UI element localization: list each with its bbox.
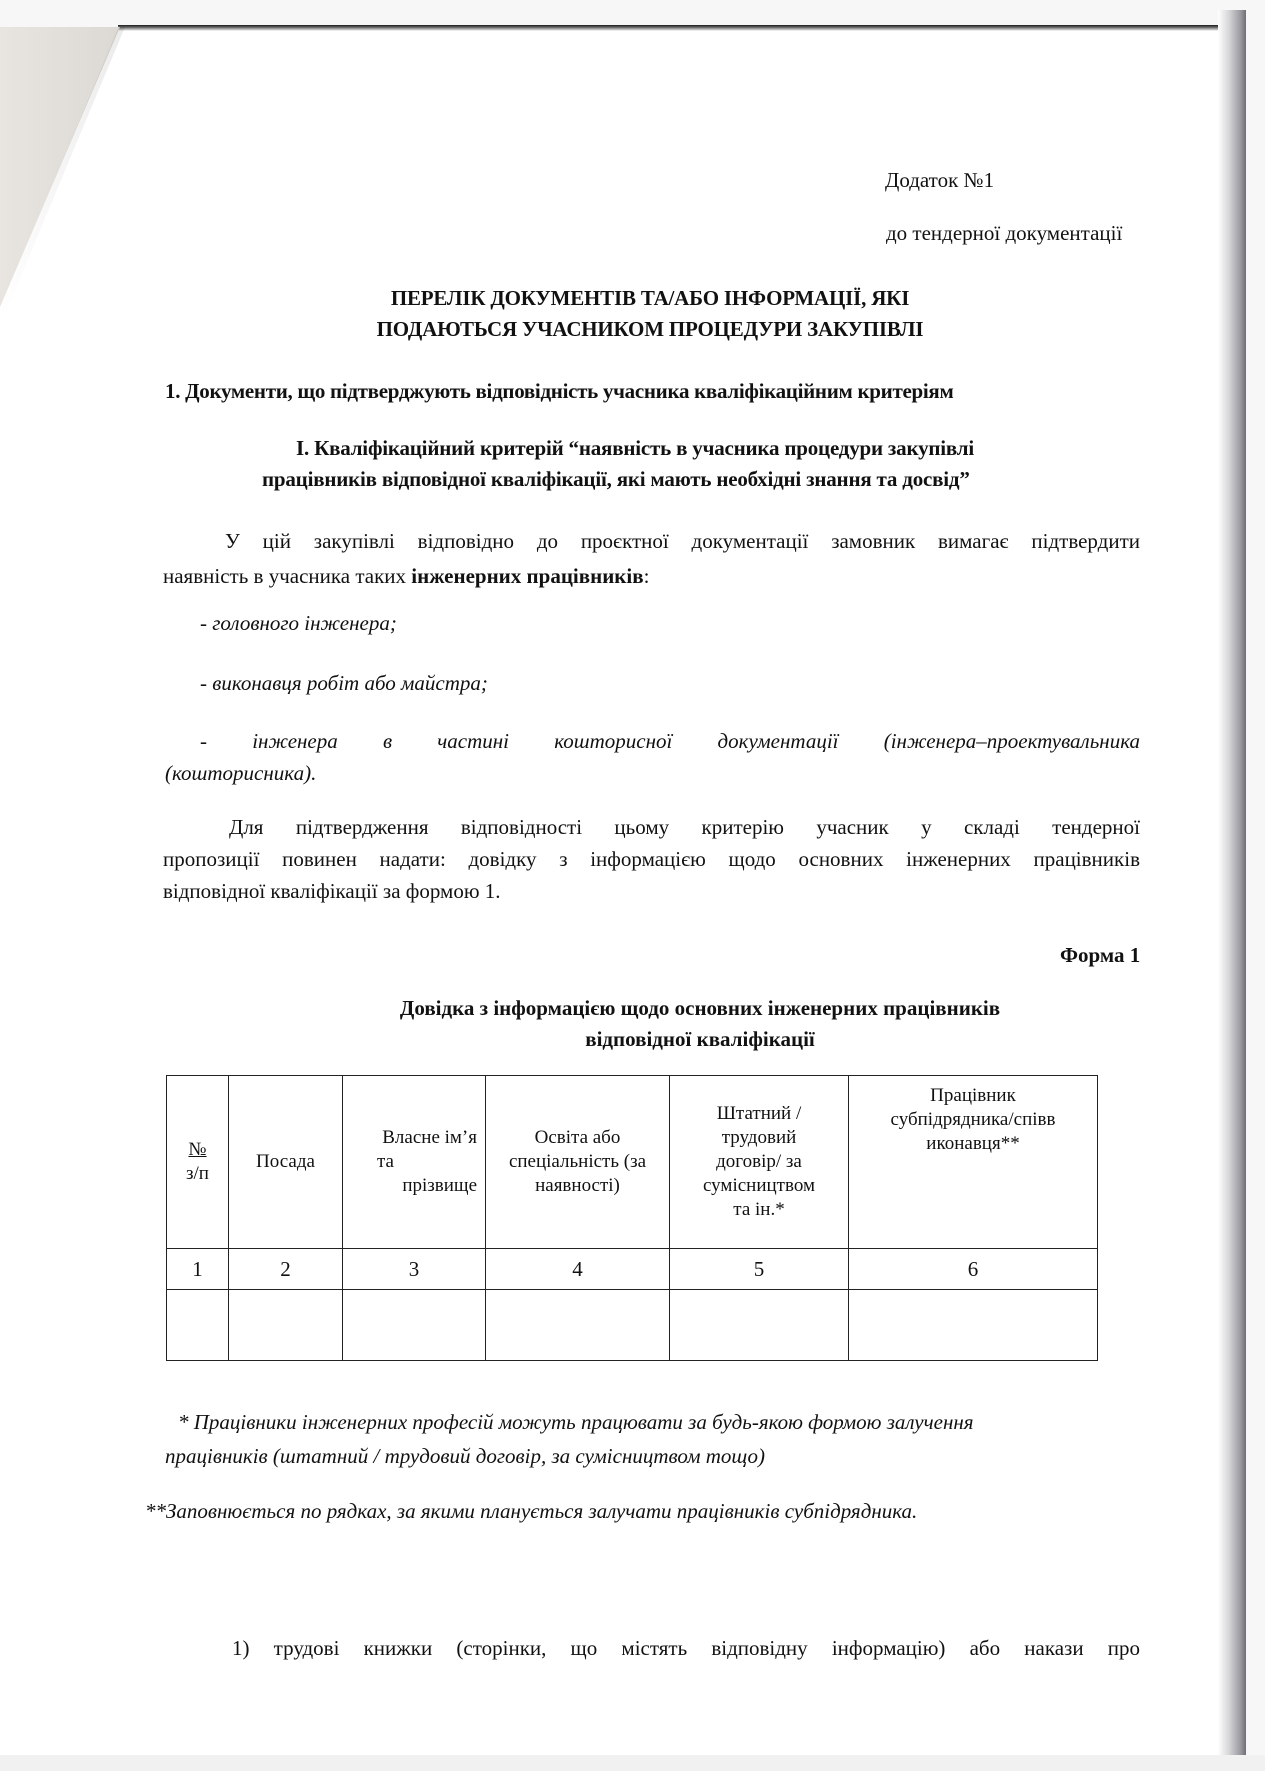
header-text: Власне ім’я	[347, 1126, 477, 1150]
column-number-cell: 1	[167, 1249, 229, 1290]
staff-item-chief-engineer: - головного інженера;	[200, 610, 397, 636]
footnote-1-line-1: * Працівники інженерних професій можуть …	[178, 1405, 974, 1439]
footnote-2: **Заповнюється по рядках, за якими плану…	[145, 1494, 917, 1528]
header-text: субпідрядника/співв	[853, 1108, 1093, 1132]
header-text: прізвище	[347, 1174, 477, 1198]
footnote-1-line-2: працівників (штатний / трудовий договір,…	[165, 1439, 765, 1473]
intro-paragraph: У цій закупівлі відповідно до проєктної …	[163, 525, 1140, 592]
annex-subtitle: до тендерної документації	[886, 220, 1122, 246]
document-title: ПЕРЕЛІК ДОКУМЕНТІВ ТА/АБО ІНФОРМАЦІЇ, ЯК…	[150, 283, 1150, 345]
header-text: наявності)	[490, 1174, 665, 1198]
confirmation-line-2: пропозиції повинен надати: довідку з інф…	[163, 843, 1140, 875]
table-cell	[167, 1290, 229, 1361]
header-cell-position: Посада	[229, 1076, 343, 1249]
document-title-line-2: ПОДАЮТЬСЯ УЧАСНИКОМ ПРОЦЕДУРИ ЗАКУПІВЛІ	[150, 314, 1150, 345]
document-title-line-1: ПЕРЕЛІК ДОКУМЕНТІВ ТА/АБО ІНФОРМАЦІЇ, ЯК…	[150, 283, 1150, 314]
intro-line-2-bold: інженерних працівників	[411, 564, 643, 588]
table-row	[167, 1290, 1098, 1361]
form-label: Форма 1	[1060, 942, 1140, 968]
header-cell-full-name: Власне ім’я та прізвище	[343, 1076, 486, 1249]
header-text: та ін.*	[674, 1198, 844, 1222]
header-text: Посада	[233, 1150, 338, 1174]
header-text: сумісництвом	[674, 1174, 844, 1198]
confirmation-line-3: відповідної кваліфікації за формою 1.	[163, 875, 1140, 907]
header-text: та	[347, 1150, 477, 1174]
confirmation-paragraph: Для підтвердження відповідності цьому кр…	[163, 811, 1140, 907]
page-right-edge-shadow	[1218, 10, 1246, 1755]
column-number-cell: 5	[670, 1249, 849, 1290]
header-cell-subcontractor: Працівник субпідрядника/співв иконавця**	[849, 1076, 1098, 1249]
page-top-edge	[118, 25, 1245, 31]
table-cell	[343, 1290, 486, 1361]
header-text: Освіта або	[490, 1126, 665, 1150]
intro-line-1: У цій закупівлі відповідно до проєктної …	[163, 525, 1140, 557]
criterion-heading-line-2: працівників відповідної кваліфікації, як…	[262, 466, 970, 492]
table-cell	[670, 1290, 849, 1361]
column-number-cell: 2	[229, 1249, 343, 1290]
header-cell-number: № з/п	[167, 1076, 229, 1249]
table-cell	[849, 1290, 1098, 1361]
section-1-heading: 1. Документи, що підтверджують відповідн…	[165, 378, 953, 404]
criterion-heading-line-1: І. Кваліфікаційний критерій “наявність в…	[296, 435, 974, 461]
column-number-cell: 3	[343, 1249, 486, 1290]
header-text: иконавця**	[853, 1132, 1093, 1156]
table-cell	[229, 1290, 343, 1361]
table-column-number-row: 1 2 3 4 5 6	[167, 1249, 1098, 1290]
staff-item-estimate-engineer: - інженера в частині кошторисної докумен…	[200, 728, 1140, 754]
staff-item-estimate-engineer-cont: (кошторисника).	[165, 760, 316, 786]
header-cell-education: Освіта або спеціальність (за наявності)	[486, 1076, 670, 1249]
list-item-1: 1) трудові книжки (сторінки, що містять …	[232, 1635, 1140, 1661]
header-text: Працівник	[853, 1084, 1093, 1108]
table-cell	[486, 1290, 670, 1361]
intro-line-2: наявність в учасника таких інженерних пр…	[163, 560, 1140, 592]
header-text: №	[171, 1138, 224, 1162]
scanner-bottom-strip	[0, 1755, 1265, 1771]
form-title-line-2: відповідної кваліфікації	[300, 1026, 1100, 1052]
header-text: з/п	[171, 1162, 224, 1186]
column-number-cell: 4	[486, 1249, 670, 1290]
form-title-line-1: Довідка з інформацією щодо основних інже…	[300, 995, 1100, 1021]
staff-item-works-manager: - виконавця робіт або майстра;	[200, 670, 488, 696]
confirmation-line-1: Для підтвердження відповідності цьому кр…	[163, 811, 1140, 843]
table-header-row: № з/п Посада Власне ім’я та прізвище Осв…	[167, 1076, 1098, 1249]
intro-line-2-suffix: :	[644, 564, 650, 588]
staff-info-table: № з/п Посада Власне ім’я та прізвище Осв…	[166, 1075, 1098, 1361]
annex-label: Додаток №1	[885, 167, 994, 193]
header-text: Штатний /	[674, 1102, 844, 1126]
header-text: спеціальність (за	[490, 1150, 665, 1174]
header-text: трудовий	[674, 1126, 844, 1150]
header-cell-employment-type: Штатний / трудовий договір/ за сумісницт…	[670, 1076, 849, 1249]
intro-line-2-text: наявність в учасника таких	[163, 564, 411, 588]
column-number-cell: 6	[849, 1249, 1098, 1290]
header-text: договір/ за	[674, 1150, 844, 1174]
